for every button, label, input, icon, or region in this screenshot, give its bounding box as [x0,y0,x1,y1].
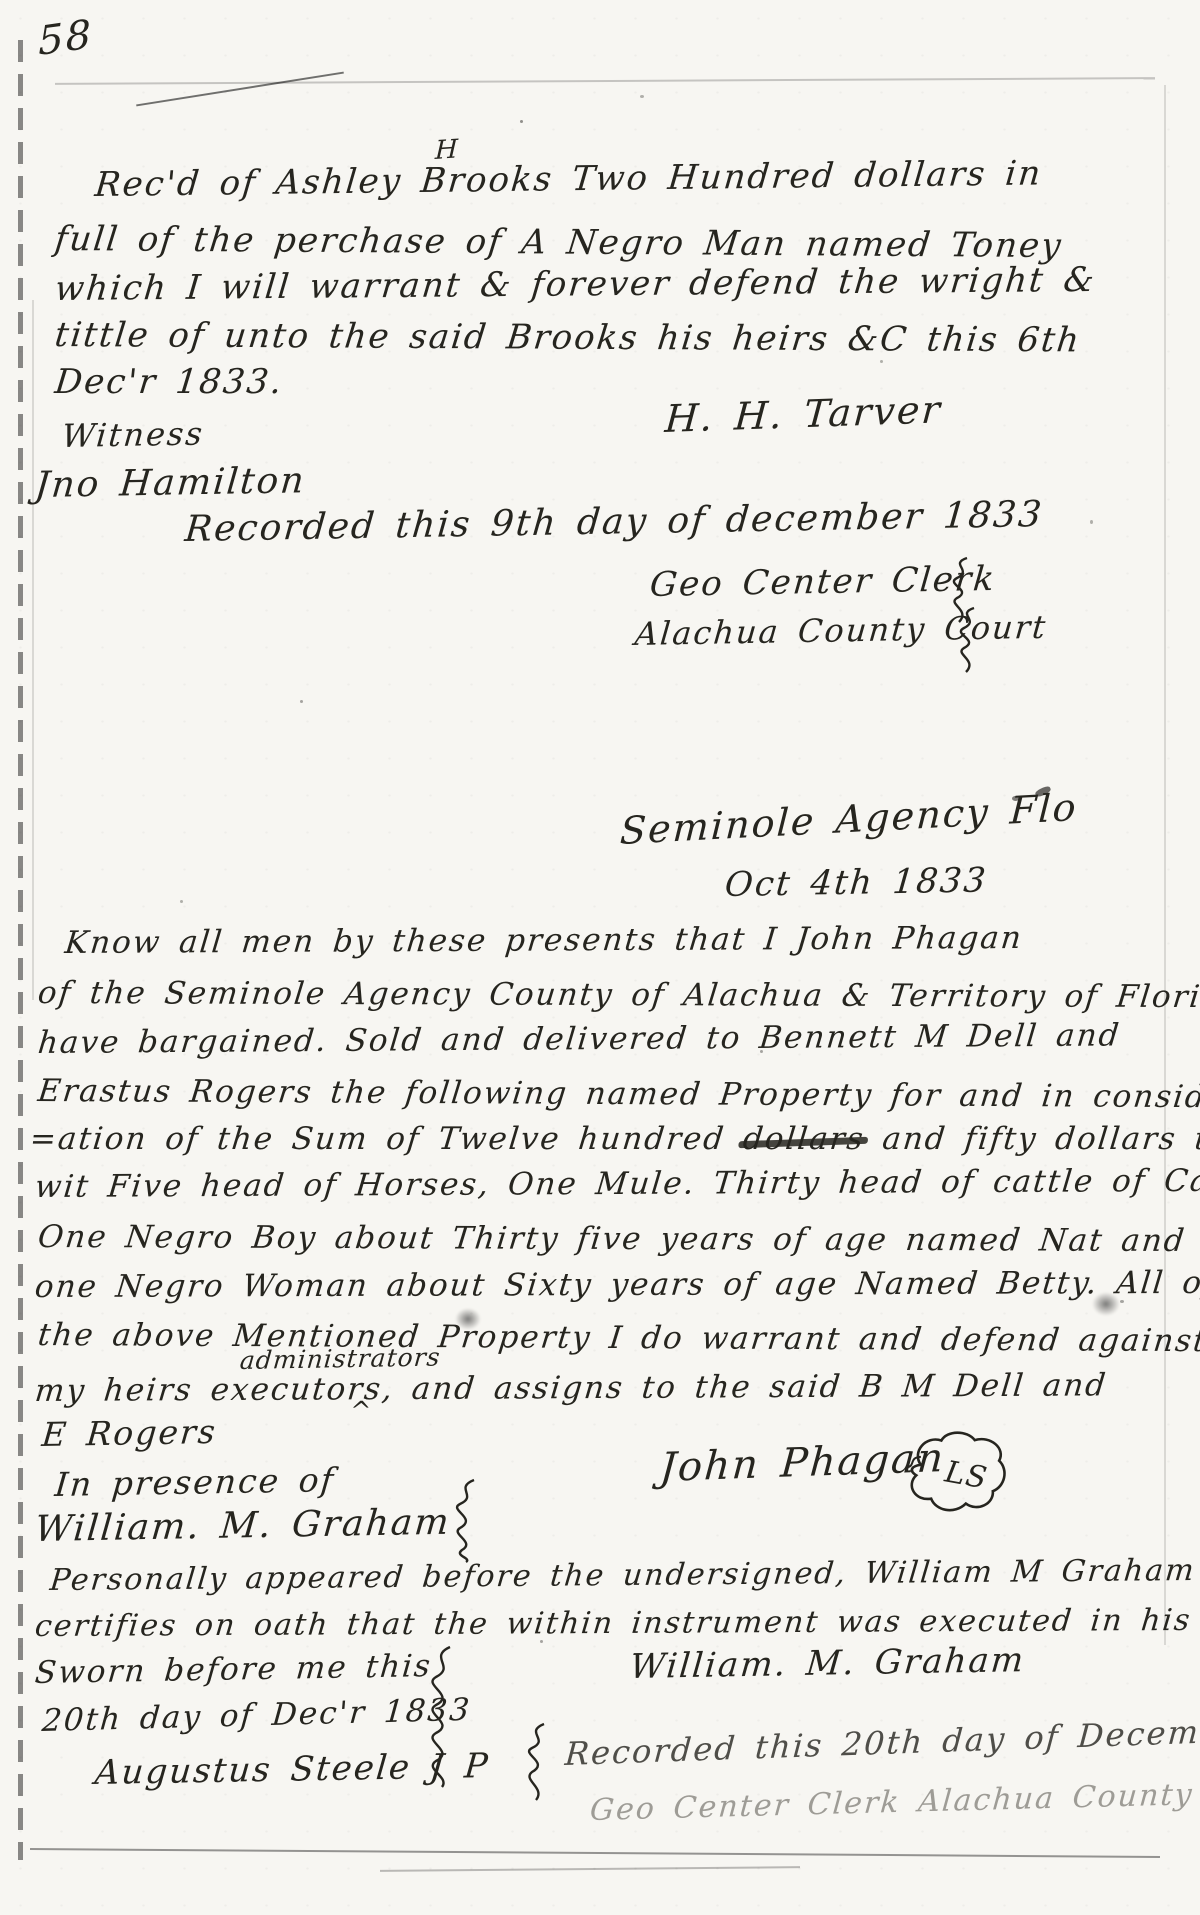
corner-crease [136,72,344,107]
sworn-line: Sworn before me this [34,1651,434,1689]
affidavit-clerk-line: Geo Center Clerk Alachua County Court [589,1777,1200,1826]
record1-line: Rec'd of Ashley Brooks Two Hundred dolla… [93,156,1043,202]
right-scan-edge [1164,85,1166,1645]
affidavit-line: Personally appeared before the undersign… [49,1555,1200,1596]
record2-line: have bargained. Sold and delivered to Be… [36,1020,1122,1059]
affidavit-recorded-line: Recorded this 20th day of December 1833 [564,1710,1200,1770]
ink-speck [180,900,183,903]
record2-date-heading: Oct 4th 1833 [724,863,989,902]
ink-speck [640,95,644,98]
line-suffix: and fifty dollars to [863,1121,1200,1157]
signature-hh-tarver: H. H. Tarver [664,390,943,438]
struck-word: dollars [741,1124,866,1155]
record2-line: wit Five head of Horses, One Mule. Thirt… [33,1166,1200,1203]
ink-speck [520,120,523,123]
record2-line: Erastus Rogers the following named Prope… [36,1076,1200,1113]
inserted-word-administrators: administrators [239,1345,442,1373]
ink-speck [880,360,883,363]
brace-icon [520,1722,552,1802]
page-number: 58 [37,15,94,62]
record2-line: Know all men by these presents that I Jo… [63,923,1024,959]
top-scan-edge [55,77,1155,85]
record2-line: of the Seminole Agency County of Alachua… [36,978,1200,1013]
ink-speck [300,700,303,703]
left-scan-edge-2 [32,300,34,1000]
signature-augustus-steele: Augustus Steele J P [94,1749,491,1790]
signature-william-graham-affidavit: William. M. Graham [629,1643,1027,1684]
record2-place-heading: Seminole Agency Flo [619,788,1079,850]
record1-line: tittle of unto the said Brooks his heirs… [53,318,1083,357]
record1-line: which I will warrant & forever defend th… [53,263,1097,306]
witness-name-jno-hamilton: Jno Hamilton [33,463,307,504]
presence-label: In presence of [54,1463,337,1501]
flourish-icon [448,1478,482,1564]
record2-line: one Negro Woman about Sixty years of age… [33,1268,1200,1303]
seal-text: LS [942,1455,990,1497]
record1-line: Dec'r 1833. [53,365,285,399]
record2-line: my heirs executors, and assigns to the s… [33,1370,1108,1407]
record2-line-e-rogers: E Rogers [41,1415,219,1451]
record1-line: full of the perchase of A Negro Man name… [53,222,1064,263]
left-scan-edge [18,40,23,1860]
line-prefix: =ation of the Sum of Twelve hundred [28,1121,745,1157]
affidavit-line: certifies on oath that the within instru… [34,1605,1200,1642]
flourish-icon [952,606,982,676]
signature-william-graham-witness: William. M. Graham [33,1505,452,1548]
record2-line: the above Mentioned Property I do warran… [36,1320,1200,1357]
insertion-caret: ^ [349,1398,375,1423]
clerk-court: Alachua County Court [634,611,1049,650]
record1-recorded-line: Recorded this 9th day of december 1833 [183,497,1044,548]
record1-inserted-initial: H [435,136,461,164]
bottom-scan-edge [30,1848,1160,1858]
ink-speck [1090,520,1093,524]
document-page: 58 Rec'd of Ashley Brooks Two Hundred do… [0,0,1200,1915]
witness-label: Witness [61,418,206,452]
record2-line-with-strikeout: =ation of the Sum of Twelve hundred doll… [28,1124,1200,1155]
sworn-date-line: 20th day of Dec'r 1833 [41,1695,473,1737]
bottom-scan-edge-2 [380,1866,800,1872]
record2-line: One Negro Boy about Thirty five years of… [36,1222,1187,1257]
